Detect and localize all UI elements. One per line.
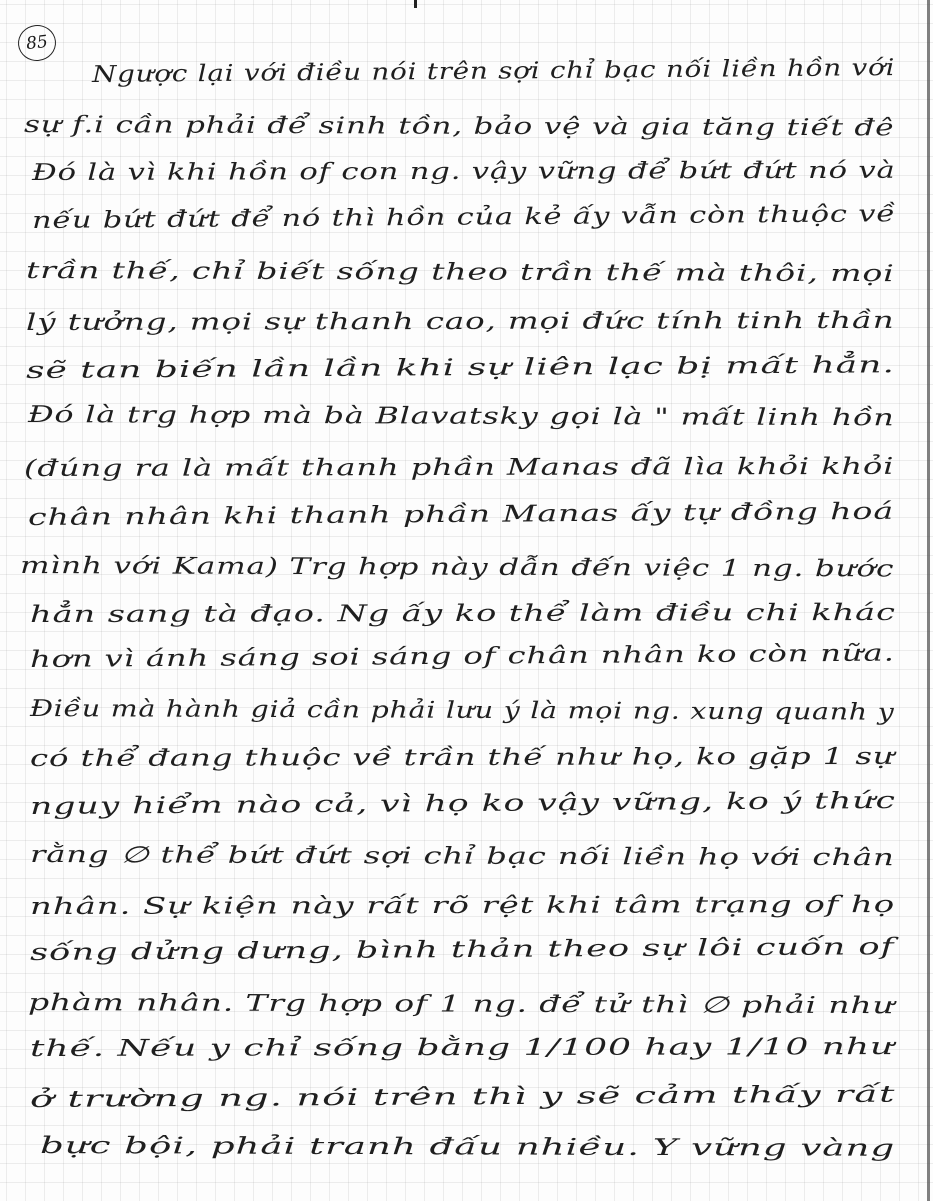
handwritten-line: nếu bứt đứt để nó thì hồn của kẻ ấy vẫn … xyxy=(32,201,896,234)
handwritten-line: mình với Kama) Trg hợp này dẫn đến việc … xyxy=(20,553,894,582)
handwritten-line: nguy hiểm nào cả, vì họ ko vậy vững, ko … xyxy=(30,788,896,820)
handwritten-line: sự f.i cần phải để sinh tồn, bảo vệ và g… xyxy=(24,112,895,141)
handwritten-line: (đúng ra là mất thanh phần Manas đã lìa … xyxy=(24,454,894,482)
handwritten-line: lý tưởng, mọi sự thanh cao, mọi đức tính… xyxy=(26,308,895,336)
handwritten-line: Đó là vì khi hồn of con ng. vậy vững để … xyxy=(32,158,896,186)
handwritten-line: Điều mà hành giả cần phải lưu ý là mọi n… xyxy=(30,696,895,726)
handwritten-line: có thể đang thuộc về trần thế như họ, ko… xyxy=(30,744,895,772)
handwritten-text-body: Ngược lại với điều nói trên sợi chỉ bạc … xyxy=(0,0,933,1201)
handwritten-line: hẳn sang tà đạo. Ng ấy ko thể làm điều c… xyxy=(30,600,896,628)
handwritten-line: nhân. Sự kiện này rất rõ rệt khi tâm trạ… xyxy=(30,892,895,920)
handwritten-line: hơn vì ánh sáng soi sáng of chân nhân ko… xyxy=(30,641,895,673)
handwritten-line: thế. Nếu y chỉ sống bằng 1/100 hay 1/10 … xyxy=(30,1034,894,1062)
handwritten-line: phàm nhân. Trg hợp of 1 ng. để tử thì ∅ … xyxy=(28,990,895,1019)
handwritten-line: trần thế, chỉ biết sống theo trần thế mà… xyxy=(26,258,895,287)
handwritten-line: sống dửng dưng, bình thản theo sự lôi cu… xyxy=(30,934,895,966)
handwritten-line: rằng ∅ thể bứt đứt sợi chỉ bạc nối liền … xyxy=(30,842,895,871)
notebook-page: 85 Ngược lại với điều nói trên sợi chỉ b… xyxy=(0,0,933,1201)
handwritten-line: Đó là trg hợp mà bà Blavatsky gọi là " m… xyxy=(28,402,895,431)
handwritten-line: chân nhân khi thanh phần Manas ấy tự đồn… xyxy=(28,499,894,531)
handwritten-line: sẽ tan biến lần lần khi sự liên lạc bị m… xyxy=(26,352,895,384)
handwritten-line: ở trường ng. nói trên thì y sẽ cảm thấy … xyxy=(30,1082,896,1113)
handwritten-line: bực bội, phải tranh đấu nhiều. Y vững và… xyxy=(40,1133,895,1162)
handwritten-line: Ngược lại với điều nói trên sợi chỉ bạc … xyxy=(92,55,895,88)
